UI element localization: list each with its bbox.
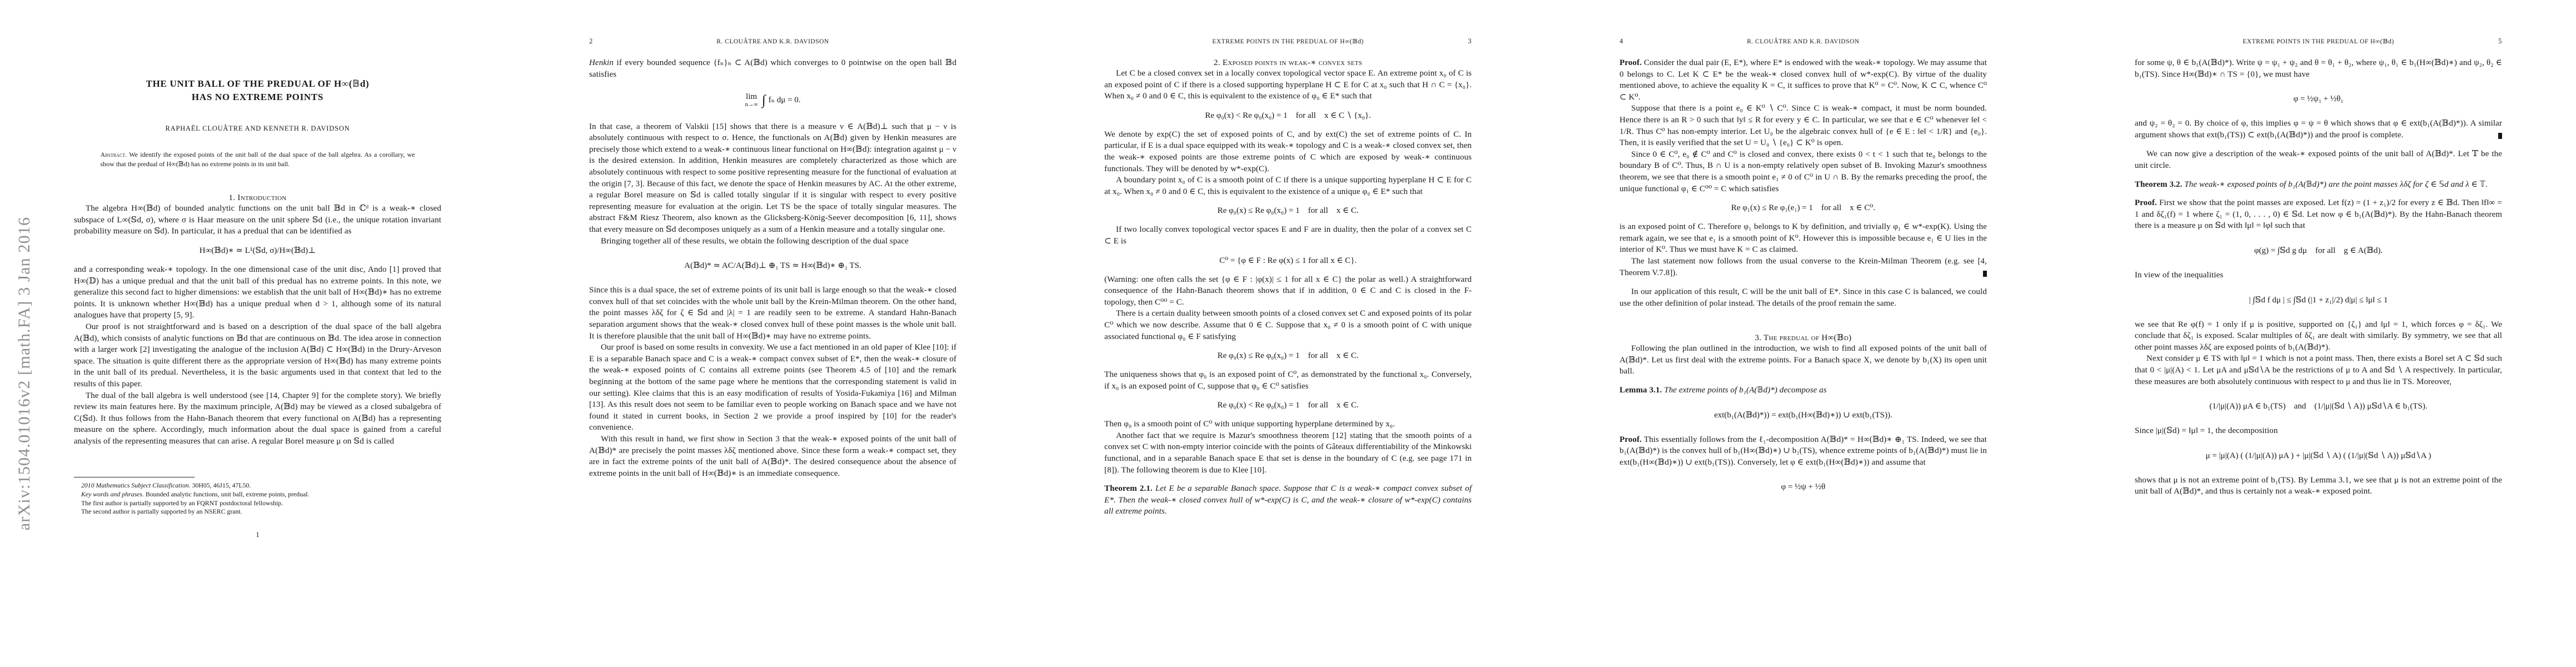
proof-paragraph: Proof. Consider the dual pair (E, E*), w… <box>1620 57 1987 103</box>
paragraph: Since 0 ∈ C⁰, e₀ ∉ C⁰ and C⁰ is closed a… <box>1620 149 1987 195</box>
paragraph: Henkin if every bounded sequence {fₙ}ₙ ⊂… <box>589 57 956 80</box>
page-number: 4 <box>1620 37 1653 46</box>
paragraph: and a corresponding weak-∗ topology. In … <box>74 264 441 321</box>
display-equation: (1/|μ|(A)) μA ∈ b₁(TS) and (1/|μ|(𝕊d ∖ A… <box>2135 400 2502 412</box>
display-equation: Re φ₁(x) ≤ Re φ₁(e₁) = 1 for all x ∈ C⁰. <box>1620 202 1987 214</box>
paragraph-text: if every bounded sequence {fₙ}ₙ ⊂ A(𝔹d) … <box>589 58 956 79</box>
running-head: 2 R. CLOUÂTRE AND K.R. DAVIDSON <box>589 37 956 46</box>
display-equation: C⁰ = {φ ∈ F : Re φ(x) ≤ 1 for all x ∈ C}… <box>1104 255 1472 267</box>
theorem-3-2: Theorem 3.2. The weak-∗ exposed points o… <box>2135 179 2502 191</box>
paragraph: With this result in hand, we first show … <box>589 434 956 479</box>
paragraph: In our application of this result, C wil… <box>1620 286 1987 309</box>
display-equation: Re φ₀(x) ≤ Re φ₀(x₀) = 1 for all x ∈ C. <box>1104 350 1472 362</box>
footnote-support-1: The first author is partially supported … <box>74 499 441 508</box>
lemma-3-1: Lemma 3.1. The extreme points of b₁(A(𝔹d… <box>1620 385 1987 396</box>
footnote-text: 30H05, 46J15, 47L50. <box>192 481 251 489</box>
paragraph: Then φ₀ is a smooth point of C⁰ with uni… <box>1104 419 1472 430</box>
paragraph: shows that μ is not an extreme point of … <box>2135 475 2502 497</box>
paragraph: we see that Re φ(f) = 1 only if μ is pos… <box>2135 319 2502 354</box>
page5-column: for some ψ, θ ∈ b₁(A(𝔹d)*). Write ψ = ψ₁… <box>2135 57 2502 497</box>
paragraph: Bringing together all of these results, … <box>589 236 956 247</box>
footnotes: 2010 Mathematics Subject Classification.… <box>74 477 441 516</box>
page-1: arXiv:1504.01016v2 [math.FA] 3 Jan 2016 … <box>0 0 515 667</box>
section-heading-predual: 3. The predual of H∞(𝔹d) <box>1620 332 1987 343</box>
paper-spread: arXiv:1504.01016v2 [math.FA] 3 Jan 2016 … <box>0 0 2576 667</box>
paragraph: Our proof is not straightforward and is … <box>74 321 441 390</box>
footnote-label: Key words and phrases. <box>81 490 144 498</box>
display-equation: φ = ½ψ + ½θ <box>1620 481 1987 493</box>
integral-sign: ∫ <box>762 93 766 108</box>
lemma-body: The extreme points of b₁(A(𝔹d)*) decompo… <box>1664 386 1827 395</box>
proof-paragraph: Proof. First we show that the point mass… <box>2135 197 2502 232</box>
theorem-body: The weak-∗ exposed points of b₁(A(𝔹d)*) … <box>2184 180 2488 189</box>
display-equation: A(𝔹d)* ≃ AC/A(𝔹d)⊥ ⊕₁ TS ≃ H∞(𝔹d)∗ ⊕₁ TS… <box>589 260 956 272</box>
display-equation: φ = ½ψ₁ + ½θ₁ <box>2135 93 2502 105</box>
page-4: 4 R. CLOUÂTRE AND K.R. DAVIDSON Proof. C… <box>1546 0 2061 667</box>
display-equation: Re φ₀(x) < Re φ₀(x₀) = 1 for all x ∈ C. <box>1104 399 1472 411</box>
paragraph-text: The last statement now follows from the … <box>1620 257 1987 277</box>
page2-column: Henkin if every bounded sequence {fₙ}ₙ ⊂… <box>589 57 956 479</box>
proof-end-paragraph: and ψ₂ = θ₂ = 0. By choice of φ, this im… <box>2135 118 2502 141</box>
lim-text: lim <box>745 93 758 101</box>
arxiv-watermark: arXiv:1504.01016v2 [math.FA] 3 Jan 2016 <box>15 217 34 531</box>
emphasis-lead: Henkin <box>589 58 614 67</box>
paragraph: The uniqueness shows that φ₀ is an expos… <box>1104 369 1472 392</box>
running-head-title: EXTREME POINTS IN THE PREDUAL OF H∞(𝔹d) <box>2168 37 2469 45</box>
paragraph: for some ψ, θ ∈ b₁(A(𝔹d)*). Write ψ = ψ₁… <box>2135 57 2502 80</box>
display-equation: Re φ₀(x) < Re φ₀(x₀) = 1 for all x ∈ C ∖… <box>1104 109 1472 122</box>
paper-title: THE UNIT BALL OF THE PREDUAL OF H∞(𝔹d) H… <box>74 77 441 104</box>
footnote-rule <box>74 477 195 477</box>
proof-paragraph: Proof. This essentially follows from the… <box>1620 434 1987 469</box>
proof-label: Proof. <box>2135 198 2157 207</box>
lim-subscript: n→∞ <box>745 102 758 108</box>
paragraph: Since |μ|(𝕊d) = ‖μ‖ = 1, the decompositi… <box>2135 425 2502 437</box>
theorem-label: Theorem 3.2. <box>2135 180 2183 189</box>
limit-operator: lim n→∞ <box>745 93 758 108</box>
lemma-label: Lemma 3.1. <box>1620 386 1662 395</box>
display-equation-limit: lim n→∞ ∫fₙ dμ = 0. <box>589 93 956 108</box>
section-heading-introduction: 1. Introduction <box>74 193 441 203</box>
paragraph-text: First we show that the point masses are … <box>2135 198 2502 230</box>
qed-box <box>1983 271 1987 277</box>
paragraph-text: This essentially follows from the ℓ₁-dec… <box>1620 435 1987 467</box>
display-equation: φ(g) = ∫𝕊d g dμ for all g ∈ A(𝔹d). <box>2135 245 2502 257</box>
paragraph: A boundary point x₀ of C is a smooth poi… <box>1104 175 1472 197</box>
display-equation: ext(b₁(A(𝔹d)*)) = ext(b₁(H∞(𝔹d)∗)) ∪ ext… <box>1620 409 1987 421</box>
running-head: EXTREME POINTS IN THE PREDUAL OF H∞(𝔹d) … <box>1104 37 1472 46</box>
running-head: 4 R. CLOUÂTRE AND K.R. DAVIDSON <box>1620 37 1987 46</box>
theorem-body: Let E be a separable Banach space. Suppo… <box>1104 484 1472 516</box>
section-heading-exposed-points: 2. Exposed points in weak-∗ convex sets <box>1104 57 1472 68</box>
page-3: EXTREME POINTS IN THE PREDUAL OF H∞(𝔹d) … <box>1030 0 1546 667</box>
equation-text: fₙ dμ = 0. <box>769 96 801 104</box>
paragraph: Another fact that we require is Mazur's … <box>1104 430 1472 476</box>
paragraph: Next consider μ ∈ TS with ‖μ‖ = 1 which … <box>2135 353 2502 387</box>
page-number: 1 <box>74 530 441 539</box>
proof-end-paragraph: The last statement now follows from the … <box>1620 256 1987 278</box>
footnote-msc: 2010 Mathematics Subject Classification.… <box>74 481 441 490</box>
authors: RAPHAËL CLOUÂTRE AND KENNETH R. DAVIDSON <box>74 125 441 133</box>
paragraph: is an exposed point of C. Therefore φ₁ b… <box>1620 221 1987 256</box>
paragraph: If two locally convex topological vector… <box>1104 224 1472 247</box>
abstract: Abstract. We identify the exposed points… <box>101 150 415 168</box>
page-5: EXTREME POINTS IN THE PREDUAL OF H∞(𝔹d) … <box>2061 0 2576 667</box>
footnote-keywords: Key words and phrases. Bounded analytic … <box>74 490 441 499</box>
page-number: 3 <box>1438 37 1472 46</box>
paragraph: The algebra H∞(𝔹d) of bounded analytic f… <box>74 203 441 237</box>
footnote-label: 2010 Mathematics Subject Classification. <box>81 481 191 489</box>
paragraph: Since this is a dual space, the set of e… <box>589 285 956 342</box>
paragraph: Suppose that there is a point e₀ ∈ K⁰ ∖ … <box>1620 103 1987 148</box>
theorem-label: Theorem 2.1. <box>1104 484 1153 493</box>
paragraph-text: and ψ₂ = θ₂ = 0. By choice of φ, this im… <box>2135 119 2502 140</box>
display-equation: H∞(𝔹d)∗ ≃ L¹(𝕊d, σ)/H∞(𝔹d)⊥ <box>74 245 441 257</box>
display-equation: Re φ₀(x) ≤ Re φ₀(x₀) = 1 for all x ∈ C. <box>1104 205 1472 217</box>
running-head: EXTREME POINTS IN THE PREDUAL OF H∞(𝔹d) … <box>2135 37 2502 46</box>
paragraph: There is a certain duality between smoot… <box>1104 308 1472 342</box>
abstract-label: Abstract. <box>101 151 127 158</box>
paragraph: We can now give a description of the wea… <box>2135 148 2502 171</box>
paragraph: (Warning: one often calls the set {φ ∈ F… <box>1104 274 1472 308</box>
paragraph: We denote by exp(C) the set of exposed p… <box>1104 129 1472 175</box>
abstract-text: We identify the exposed points of the un… <box>101 151 415 168</box>
running-head-title: R. CLOUÂTRE AND K.R. DAVIDSON <box>1653 38 1954 45</box>
display-equation: | ∫𝕊d f dμ | ≤ ∫𝕊d (|1 + z₁|/2) d|μ| ≤ ‖… <box>2135 294 2502 306</box>
page-2: 2 R. CLOUÂTRE AND K.R. DAVIDSON Henkin i… <box>515 0 1030 667</box>
footnote-text: Bounded analytic functions, unit ball, e… <box>146 490 310 498</box>
proof-label: Proof. <box>1620 435 1642 444</box>
paragraph: In that case, a theorem of Valskii [15] … <box>589 121 956 236</box>
paragraph: Following the plan outlined in the intro… <box>1620 343 1987 377</box>
page4-column: Proof. Consider the dual pair (E, E*), w… <box>1620 57 1987 506</box>
paragraph: Our proof is based on some results in co… <box>589 342 956 434</box>
paper-title-line2: HAS NO EXTREME POINTS <box>192 92 323 102</box>
page-number: 5 <box>2469 37 2502 46</box>
display-equation: μ = |μ|(A) ( (1/|μ|(A)) μA ) + |μ|(𝕊d ∖ … <box>2135 450 2502 462</box>
paragraph: Let C be a closed convex set in a locall… <box>1104 68 1472 102</box>
running-head-title: EXTREME POINTS IN THE PREDUAL OF H∞(𝔹d) <box>1138 37 1438 45</box>
qed-box <box>2498 133 2502 139</box>
theorem-2-1: Theorem 2.1. Let E be a separable Banach… <box>1104 483 1472 517</box>
proof-label: Proof. <box>1620 58 1642 67</box>
paragraph: In view of the inequalities <box>2135 270 2502 281</box>
page1-column: THE UNIT BALL OF THE PREDUAL OF H∞(𝔹d) H… <box>74 0 441 447</box>
paragraph: The dual of the ball algebra is well und… <box>74 390 441 447</box>
running-head-title: R. CLOUÂTRE AND K.R. DAVIDSON <box>622 38 923 45</box>
paper-title-line1: THE UNIT BALL OF THE PREDUAL OF H∞(𝔹d) <box>146 78 370 89</box>
page3-column: 2. Exposed points in weak-∗ convex sets … <box>1104 57 1472 525</box>
page-number: 2 <box>589 37 622 46</box>
footnote-support-2: The second author is partially supported… <box>74 507 441 516</box>
paragraph-text: Consider the dual pair (E, E*), where E*… <box>1620 58 1987 102</box>
